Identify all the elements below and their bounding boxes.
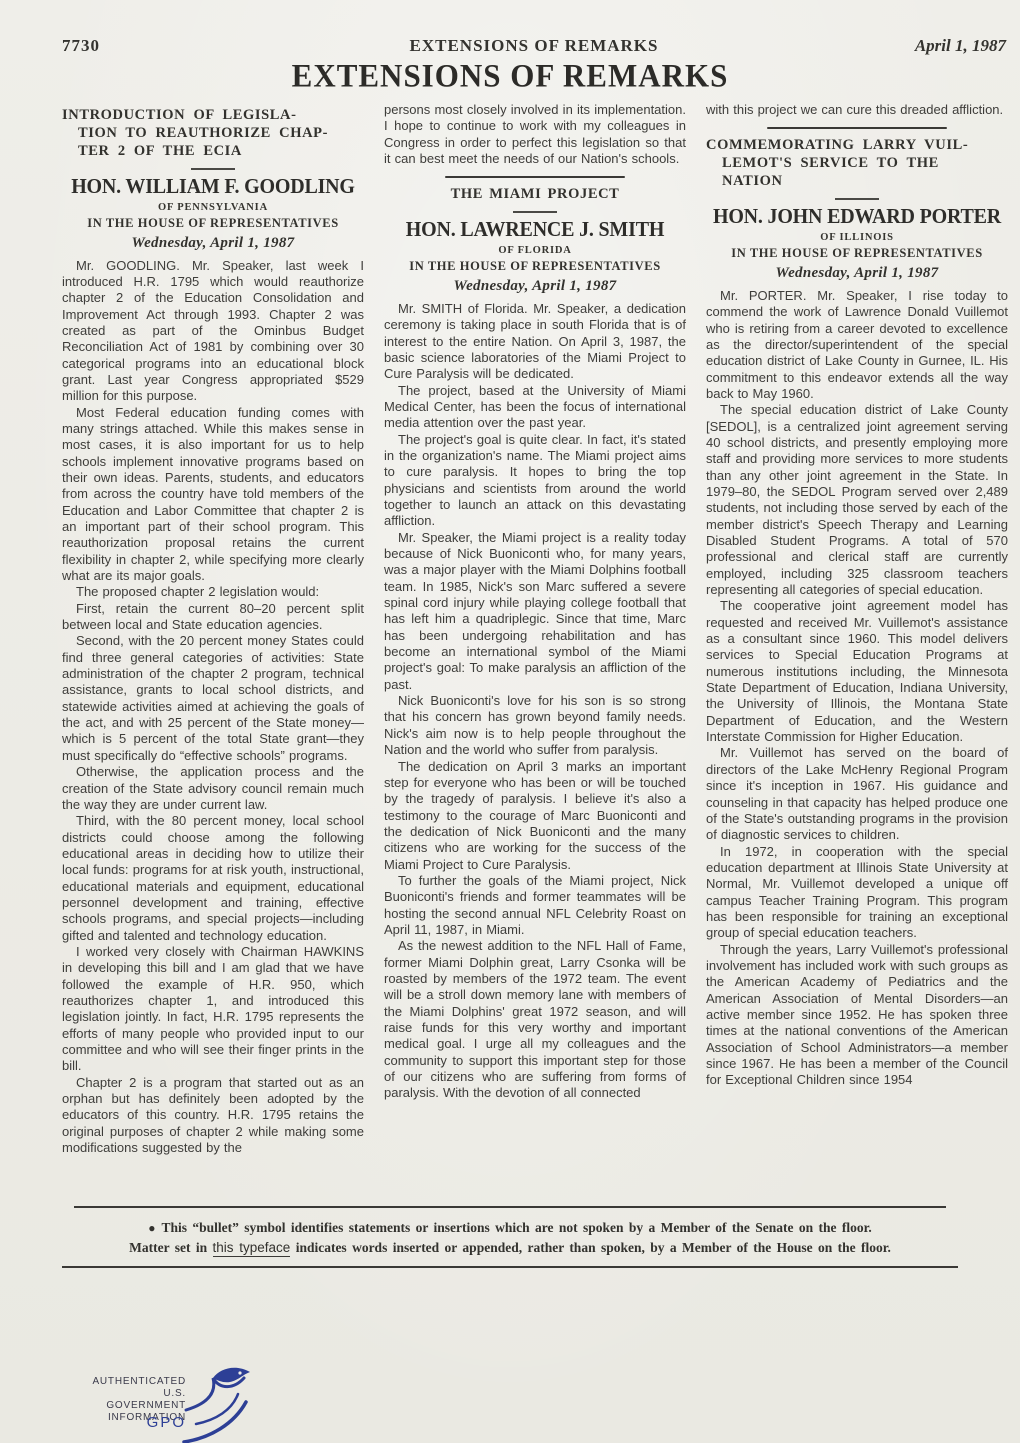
paragraph: The dedication on April 3 marks an impor… (384, 759, 686, 873)
footer-line-2-pre: Matter set in (129, 1240, 212, 1255)
paragraph: The project, based at the University of … (384, 383, 686, 432)
column-3: with this project we can cure this dread… (706, 102, 1008, 1156)
footer-line-2-post: indicates words inserted or appended, ra… (290, 1240, 891, 1255)
column-2: persons most closely involved in its imp… (384, 102, 686, 1156)
speaker-state: OF PENNSYLVANIA (62, 202, 364, 213)
paragraph: Mr. SMITH of Florida. Mr. Speaker, a ded… (384, 301, 686, 383)
speaker-chamber: IN THE HOUSE OF REPRESENTATIVES (384, 259, 686, 274)
paragraph: The project's goal is quite clear. In fa… (384, 432, 686, 530)
speaker-state: OF ILLINOIS (706, 232, 1008, 243)
speaker-date: Wednesday, April 1, 1987 (706, 265, 1008, 282)
paragraph: Mr. PORTER. Mr. Speaker, I rise today to… (706, 288, 1008, 402)
paragraph: Through the years, Larry Vuillemot's pro… (706, 942, 1008, 1089)
running-title: EXTENSIONS OF REMARKS (62, 36, 1006, 56)
speaker-chamber: IN THE HOUSE OF REPRESENTATIVES (62, 216, 364, 231)
bullet-icon: ● (148, 1221, 155, 1235)
paragraph: Nick Buoniconti's love for his son is so… (384, 693, 686, 758)
paragraph: Chapter 2 is a program that started out … (62, 1075, 364, 1157)
section-divider (191, 168, 235, 170)
running-date: April 1, 1987 (915, 36, 1006, 56)
footer-rule-top (74, 1206, 946, 1208)
footer-line-1: ●This “bullet” symbol identifies stateme… (62, 1218, 958, 1238)
paragraph: In 1972, in cooperation with the special… (706, 844, 1008, 942)
paragraph: Most Federal education funding comes wit… (62, 405, 364, 585)
gpo-seal-line-2: U.S. GOVERNMENT (84, 1388, 186, 1412)
paragraph: To further the goals of the Miami projec… (384, 873, 686, 938)
paragraph: Otherwise, the application process and t… (62, 764, 364, 813)
article-heading-vuillemot: COMMEMORATING LARRY VUIL- LEMOT'S SERVIC… (706, 136, 1008, 190)
paragraph-continuation: persons most closely involved in its imp… (384, 102, 686, 167)
speaker-state: OF FLORIDA (384, 245, 686, 256)
column-1: INTRODUCTION OF LEGISLA- TION TO REAUTHO… (62, 102, 364, 1156)
typeface-sample: this typeface (213, 1240, 291, 1257)
paragraph: The special education district of Lake C… (706, 402, 1008, 598)
gpo-seal-line-1: AUTHENTICATED (84, 1376, 186, 1388)
paragraph-continuation: with this project we can cure this dread… (706, 102, 1008, 118)
paragraph: Third, with the 80 percent money, local … (62, 813, 364, 944)
paragraph: Second, with the 20 percent money States… (62, 633, 364, 764)
gpo-eagle-icon (182, 1366, 258, 1443)
paragraph: As the newest addition to the NFL Hall o… (384, 938, 686, 1101)
speaker-date: Wednesday, April 1, 1987 (62, 235, 364, 252)
paragraph: Mr. GOODLING. Mr. Speaker, last week I i… (62, 258, 364, 405)
paragraph: The cooperative joint agreement model ha… (706, 598, 1008, 745)
speaker-chamber: IN THE HOUSE OF REPRESENTATIVES (706, 246, 1008, 261)
paragraph: I worked very closely with Chairman HAWK… (62, 944, 364, 1075)
three-column-body: INTRODUCTION OF LEGISLA- TION TO REAUTHO… (62, 102, 1008, 1156)
paragraph: Mr. Speaker, the Miami project is a real… (384, 530, 686, 693)
article-heading-goodling: INTRODUCTION OF LEGISLA- TION TO REAUTHO… (62, 106, 364, 160)
footer-note: ●This “bullet” symbol identifies stateme… (62, 1206, 958, 1268)
paragraph: Mr. Vuillemot has served on the board of… (706, 745, 1008, 843)
article-heading-miami-project: THE MIAMI PROJECT (384, 185, 686, 203)
masthead-title: EXTENSIONS OF REMARKS (0, 57, 1020, 95)
article-divider (767, 127, 947, 129)
footer-line-1-text: This “bullet” symbol identifies statemen… (161, 1220, 871, 1235)
footer-rule-bottom (62, 1266, 958, 1268)
paragraph: First, retain the current 80–20 percent … (62, 601, 364, 634)
footer-line-2: Matter set in this typeface indicates wo… (62, 1238, 958, 1257)
article-divider (445, 176, 625, 178)
section-divider (835, 198, 879, 200)
speaker-date: Wednesday, April 1, 1987 (384, 278, 686, 295)
gpo-authentication-seal: AUTHENTICATED U.S. GOVERNMENT INFORMATIO… (84, 1372, 264, 1438)
section-divider (513, 211, 557, 213)
gpo-abbr: GPO (147, 1414, 186, 1431)
paragraph: The proposed chapter 2 legislation would… (62, 584, 364, 600)
speaker-name: HON. JOHN EDWARD PORTER (706, 205, 1008, 229)
speaker-name: HON. LAWRENCE J. SMITH (384, 218, 686, 242)
speaker-name: HON. WILLIAM F. GOODLING (62, 175, 364, 199)
